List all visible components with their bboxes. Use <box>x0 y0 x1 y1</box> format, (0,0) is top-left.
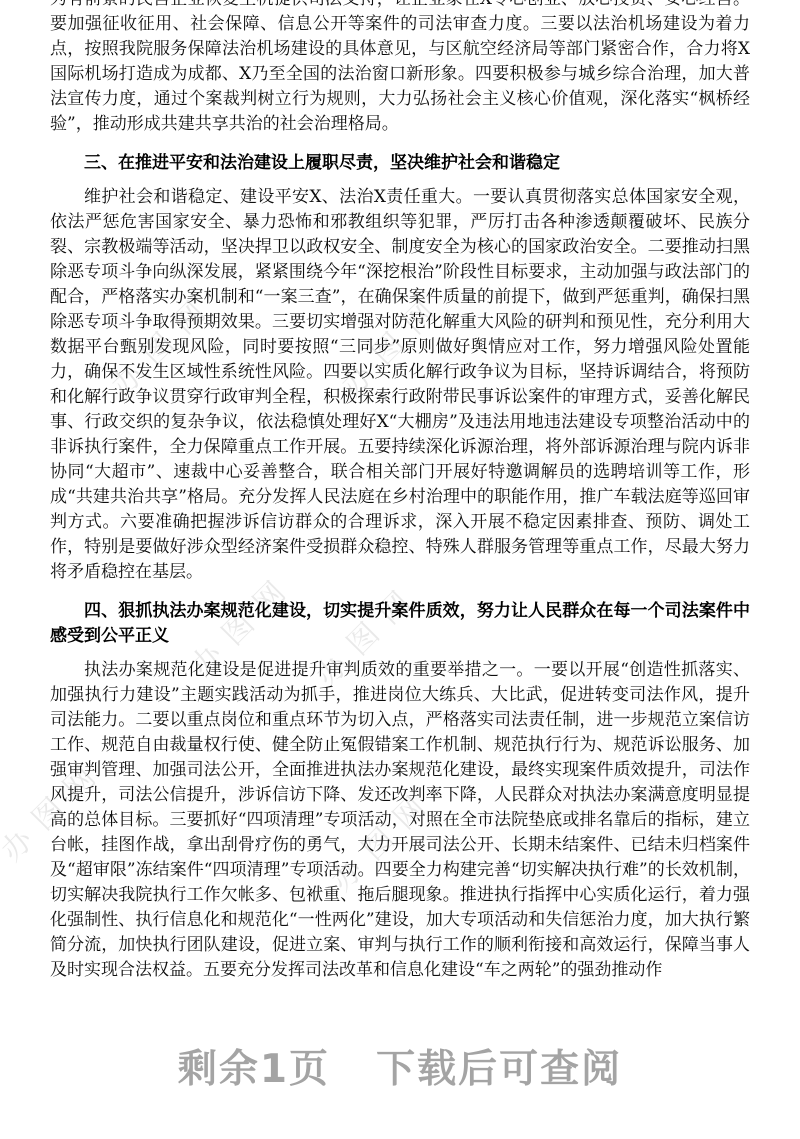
paragraph-section-3: 维护社会和谐稳定、建设平安X、法治X责任重大。一要认真贯彻落实总体国家安全观，依… <box>50 185 750 585</box>
section-heading-3: 三、在推进平安和法治建设上履职尽责，坚决维护社会和谐稳定 <box>50 151 750 176</box>
download-hint-label: 下载后可查阅 <box>376 1047 622 1092</box>
section-heading-4: 四、狠抓执法办案规范化建设，切实提升案件质效，努力让人民群众在每一个司法案件中感… <box>50 599 750 649</box>
document-page: 办图网 办图网 办图网 办图网 办图网 办图网 为有前景的民营企业恢复生机提供司… <box>0 0 800 1139</box>
document-content: 为有前景的民营企业恢复生机提供司法支持，让企业家在X专心创业、放心投资、安心经营… <box>50 0 750 983</box>
remaining-pages-label: 剩余1页 <box>178 1047 330 1092</box>
paragraph-section-4: 执法办案规范化建设是促进提升审判质效的重要举措之一。一要以开展“创造性抓落实、加… <box>50 658 750 983</box>
paragraph-continued-from-previous-page: 为有前景的民营企业恢复生机提供司法支持，让企业家在X专心创业、放心投资、安心经营… <box>50 0 750 137</box>
preview-footer: 剩余1页下载后可查阅 <box>0 1038 800 1094</box>
